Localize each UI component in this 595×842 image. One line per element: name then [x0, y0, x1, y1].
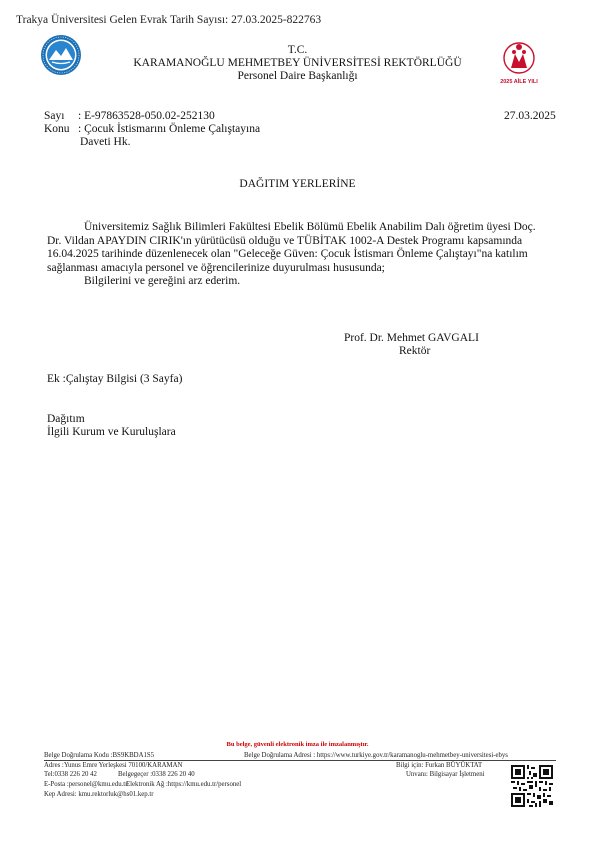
- footer-web-link[interactable]: Elektronik Ağ :https://kmu.edu.tr/person…: [126, 781, 241, 788]
- konu-value: : Çocuk İstismarını Önleme Çalıştayına: [78, 123, 260, 135]
- body-line: Dr. Vildan APAYDIN CIRIK'ın yürütücüsü o…: [47, 235, 555, 249]
- incoming-document-stamp: Trakya Üniversitesi Gelen Evrak Tarih Sa…: [16, 14, 321, 26]
- body-line: sağlanması amacıyla personel ve öğrencil…: [47, 262, 555, 276]
- footer-phone: Tel:0338 226 20 42: [44, 771, 97, 778]
- konu-value-continued: Daveti Hk.: [80, 136, 130, 148]
- distribution-label: Dağıtım: [47, 413, 85, 425]
- distribution-heading: DAĞITIM YERLERİNE: [0, 178, 595, 190]
- konu-label: Konu: [44, 123, 70, 135]
- footer-divider: [44, 760, 556, 761]
- signatory-name: Prof. Dr. Mehmet GAVGALI: [344, 332, 479, 344]
- svg-text:2025 AİLE YILI: 2025 AİLE YILI: [500, 78, 538, 85]
- footer-kep-address: Kep Adresi: kmu.rektorluk@hs01.kep.tr: [44, 791, 154, 798]
- footer-fax: Belgegeçer :0338 226 20 40: [118, 771, 195, 778]
- attachment-note: Ek :Çalıştay Bilgisi (3 Sayfa): [47, 373, 182, 385]
- sayi-label: Sayı: [44, 110, 64, 122]
- footer-email-link[interactable]: E-Posta :personel@kmu.edu.tr: [44, 781, 127, 788]
- verification-address-link[interactable]: Belge Doğrulama Adresi : https://www.tur…: [244, 752, 508, 759]
- sayi-value: : E-97863528-050.02-252130: [78, 110, 215, 122]
- document-date: 27.03.2025: [504, 110, 556, 122]
- body-line: 16.04.2025 tarihinde düzenlenecek olan "…: [47, 248, 555, 262]
- verification-code: Belge Doğrulama Kodu :BS9KBDA1S5: [44, 752, 154, 759]
- qr-code-icon: [511, 765, 553, 807]
- info-contact: Bilgi için: Furkan BÜYÜKTAT: [396, 762, 482, 769]
- footer-address: Adres :Yunus Emre Yerleşkesi 70100/KARAM…: [44, 762, 182, 769]
- letter-body: Üniversitemiz Sağlık Bilimleri Fakültesi…: [47, 221, 555, 289]
- info-contact-title: Unvanı: Bilgisayar İşletmeni: [406, 771, 485, 778]
- body-line: Üniversitemiz Sağlık Bilimleri Fakültesi…: [47, 221, 555, 235]
- aile-yili-logo-icon: 2025 AİLE YILI: [494, 38, 544, 88]
- closing-line: Bilgilerini ve gereğini arz ederim.: [47, 275, 555, 289]
- distribution-value: İlgili Kurum ve Kuruluşlara: [47, 426, 176, 438]
- e-signature-notice: Bu belge, güvenli elektronik imza ile im…: [0, 741, 595, 748]
- signatory-title: Rektör: [399, 345, 430, 357]
